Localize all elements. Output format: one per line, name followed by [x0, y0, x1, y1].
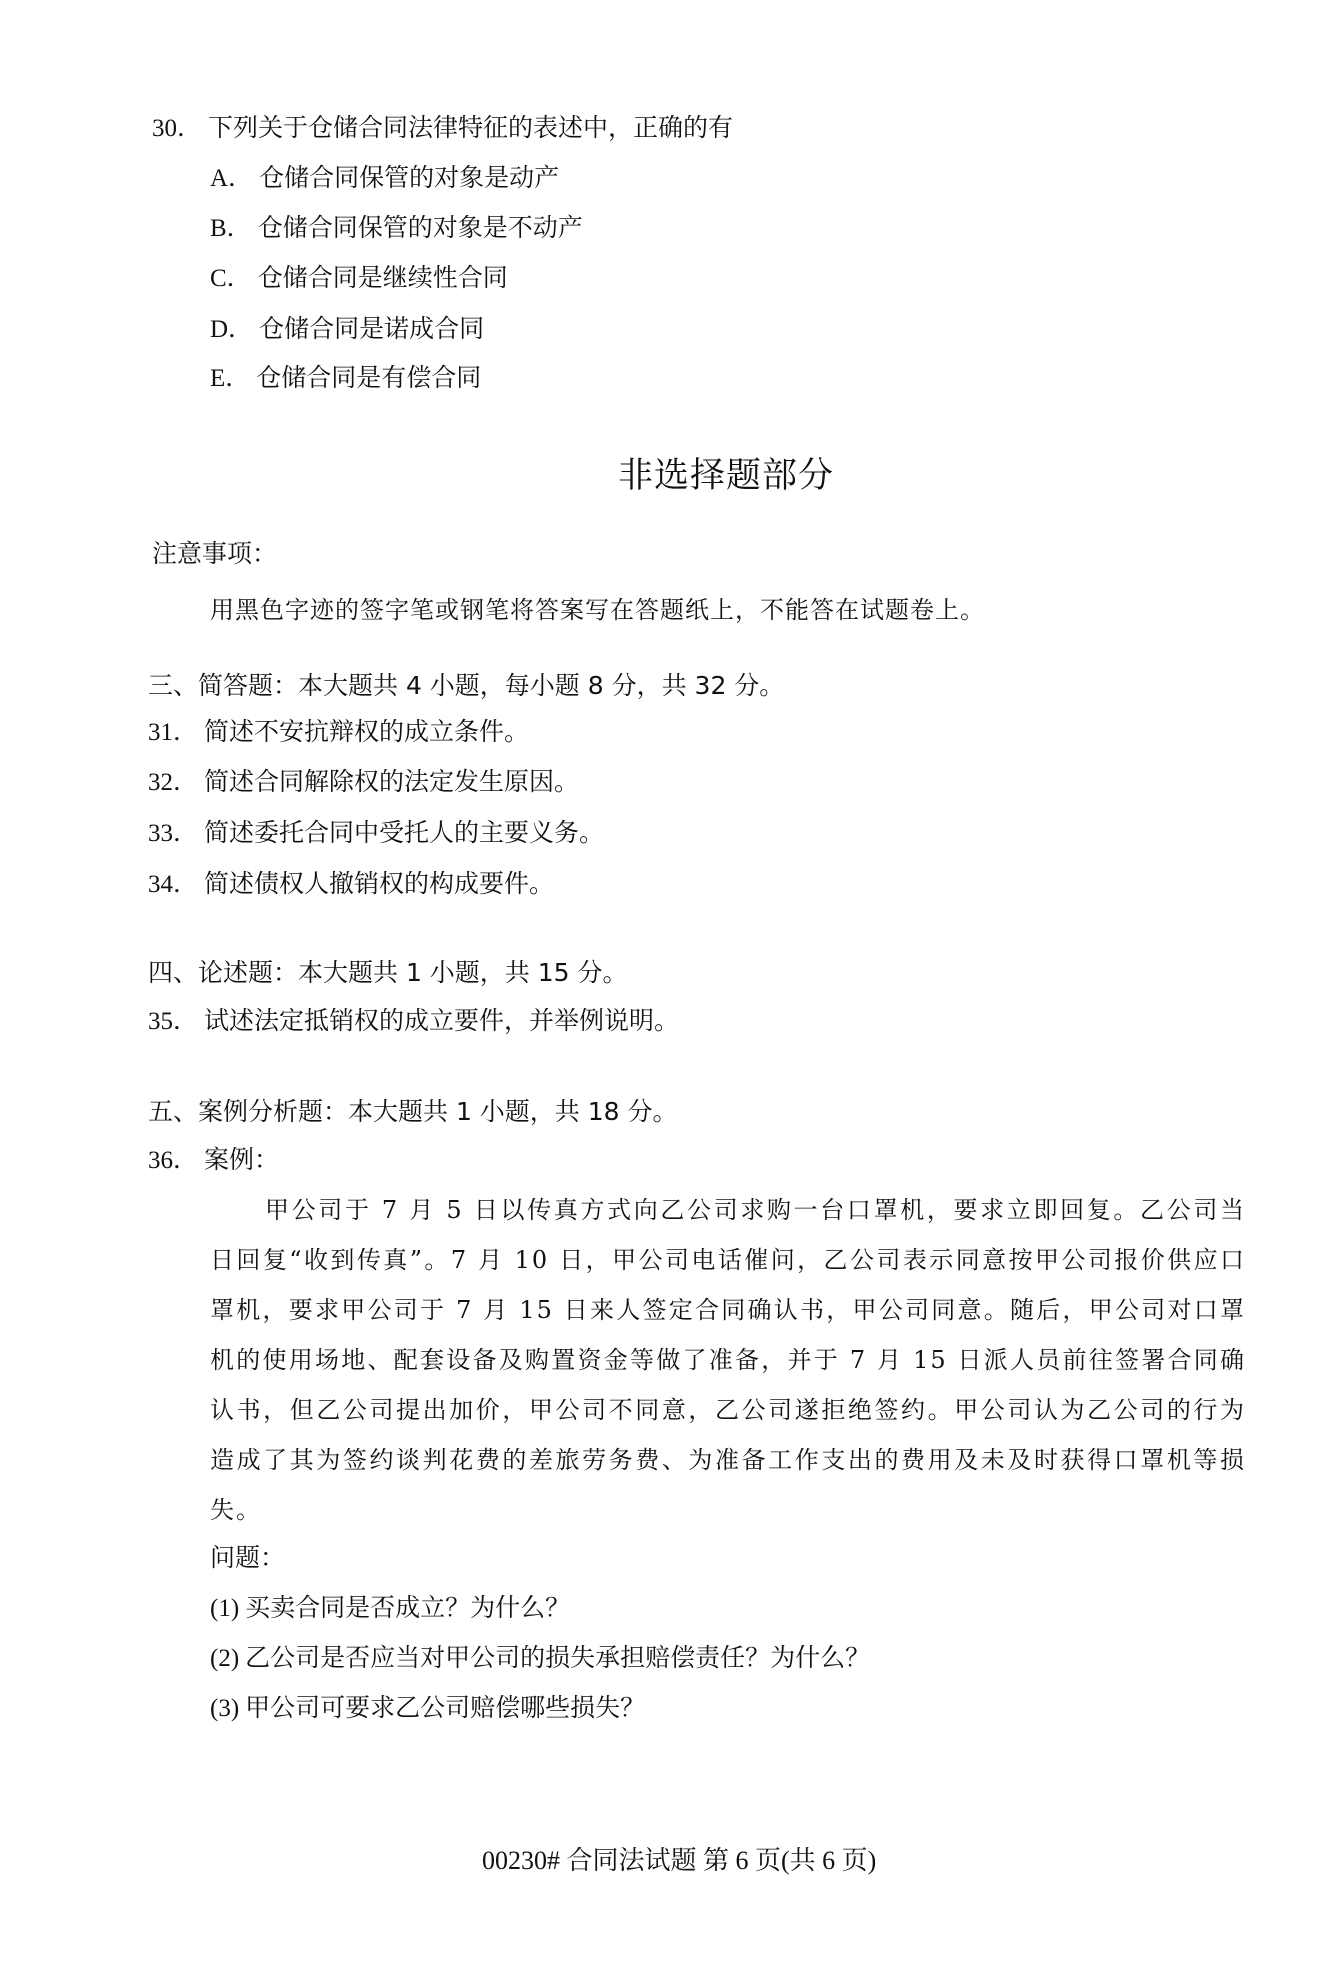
option-b: B．仓储合同保管的对象是不动产	[210, 212, 583, 245]
question-text: 乙公司是否应当对甲公司的损失承担赔偿责任？为什么？	[245, 1643, 870, 1672]
question-text: 买卖合同是否成立？为什么？	[245, 1593, 570, 1622]
section-3-heading: 三、简答题：本大题共 4 小题，每小题 8 分，共 32 分。	[148, 670, 784, 702]
option-e: E．仓储合同是有偿合同	[210, 362, 481, 395]
question-text: 甲公司可要求乙公司赔偿哪些损失？	[245, 1693, 645, 1722]
case-question-2: (2)乙公司是否应当对甲公司的损失承担赔偿责任？为什么？	[210, 1642, 870, 1675]
question-number: (2)	[210, 1643, 239, 1675]
option-text: 仓储合同保管的对象是动产	[259, 163, 559, 192]
case-label: 案例：	[204, 1145, 279, 1174]
question-33: 33．简述委托合同中受托人的主要义务。	[148, 817, 604, 850]
part-title: 非选择题部分	[618, 454, 834, 498]
question-35: 35．试述法定抵销权的成立要件，并举例说明。	[148, 1005, 679, 1038]
case-question-1: (1)买卖合同是否成立？为什么？	[210, 1592, 570, 1625]
option-text: 仓储合同保管的对象是不动产	[258, 213, 583, 242]
section-5-heading: 五、案例分析题：本大题共 1 小题，共 18 分。	[148, 1096, 678, 1128]
question-number: 32．	[148, 767, 198, 799]
question-number: (1)	[210, 1593, 239, 1625]
option-d: D．仓储合同是诺成合同	[210, 313, 484, 346]
option-label: A．	[210, 163, 253, 195]
notice-heading: 注意事项：	[152, 538, 277, 570]
question-text: 下列关于仓储合同法律特征的表述中，正确的有	[208, 113, 733, 142]
question-text: 简述合同解除权的法定发生原因。	[204, 767, 579, 796]
case-question-3: (3)甲公司可要求乙公司赔偿哪些损失？	[210, 1692, 645, 1725]
questions-label: 问题：	[210, 1542, 285, 1574]
question-31: 31．简述不安抗辩权的成立条件。	[148, 716, 529, 749]
question-number: (3)	[210, 1693, 239, 1725]
option-label: D．	[210, 314, 253, 346]
option-c: C．仓储合同是继续性合同	[210, 262, 508, 295]
question-number: 33．	[148, 818, 198, 850]
question-text: 试述法定抵销权的成立要件，并举例说明。	[204, 1006, 679, 1035]
option-label: C．	[210, 263, 252, 295]
option-label: E．	[210, 363, 250, 395]
case-text: 甲公司于 7 月 5 日以传真方式向乙公司求购一台口罩机，要求立即回复。乙公司当…	[210, 1185, 1246, 1535]
question-number: 31．	[148, 717, 198, 749]
question-34: 34．简述债权人撤销权的构成要件。	[148, 868, 554, 901]
question-number: 30．	[152, 113, 202, 145]
question-number: 34．	[148, 869, 198, 901]
question-text: 简述委托合同中受托人的主要义务。	[204, 818, 604, 847]
option-text: 仓储合同是诺成合同	[259, 314, 484, 343]
option-text: 仓储合同是继续性合同	[258, 263, 508, 292]
notice-text: 用黑色字迹的签字笔或钢笔将答案写在答题纸上，不能答在试题卷上。	[210, 594, 985, 626]
option-label: B．	[210, 213, 252, 245]
question-number: 36．	[148, 1145, 198, 1177]
question-number: 35．	[148, 1006, 198, 1038]
page-footer: 00230# 合同法试题 第 6 页(共 6 页)	[482, 1845, 876, 1877]
option-text: 仓储合同是有偿合同	[256, 363, 481, 392]
question-text: 简述债权人撤销权的构成要件。	[204, 869, 554, 898]
option-a: A．仓储合同保管的对象是动产	[210, 162, 559, 195]
question-text: 简述不安抗辩权的成立条件。	[204, 717, 529, 746]
question-30-stem: 30．下列关于仓储合同法律特征的表述中，正确的有	[152, 112, 733, 145]
question-36: 36．案例：	[148, 1144, 279, 1177]
question-32: 32．简述合同解除权的法定发生原因。	[148, 766, 579, 799]
section-4-heading: 四、论述题：本大题共 1 小题，共 15 分。	[148, 957, 628, 989]
